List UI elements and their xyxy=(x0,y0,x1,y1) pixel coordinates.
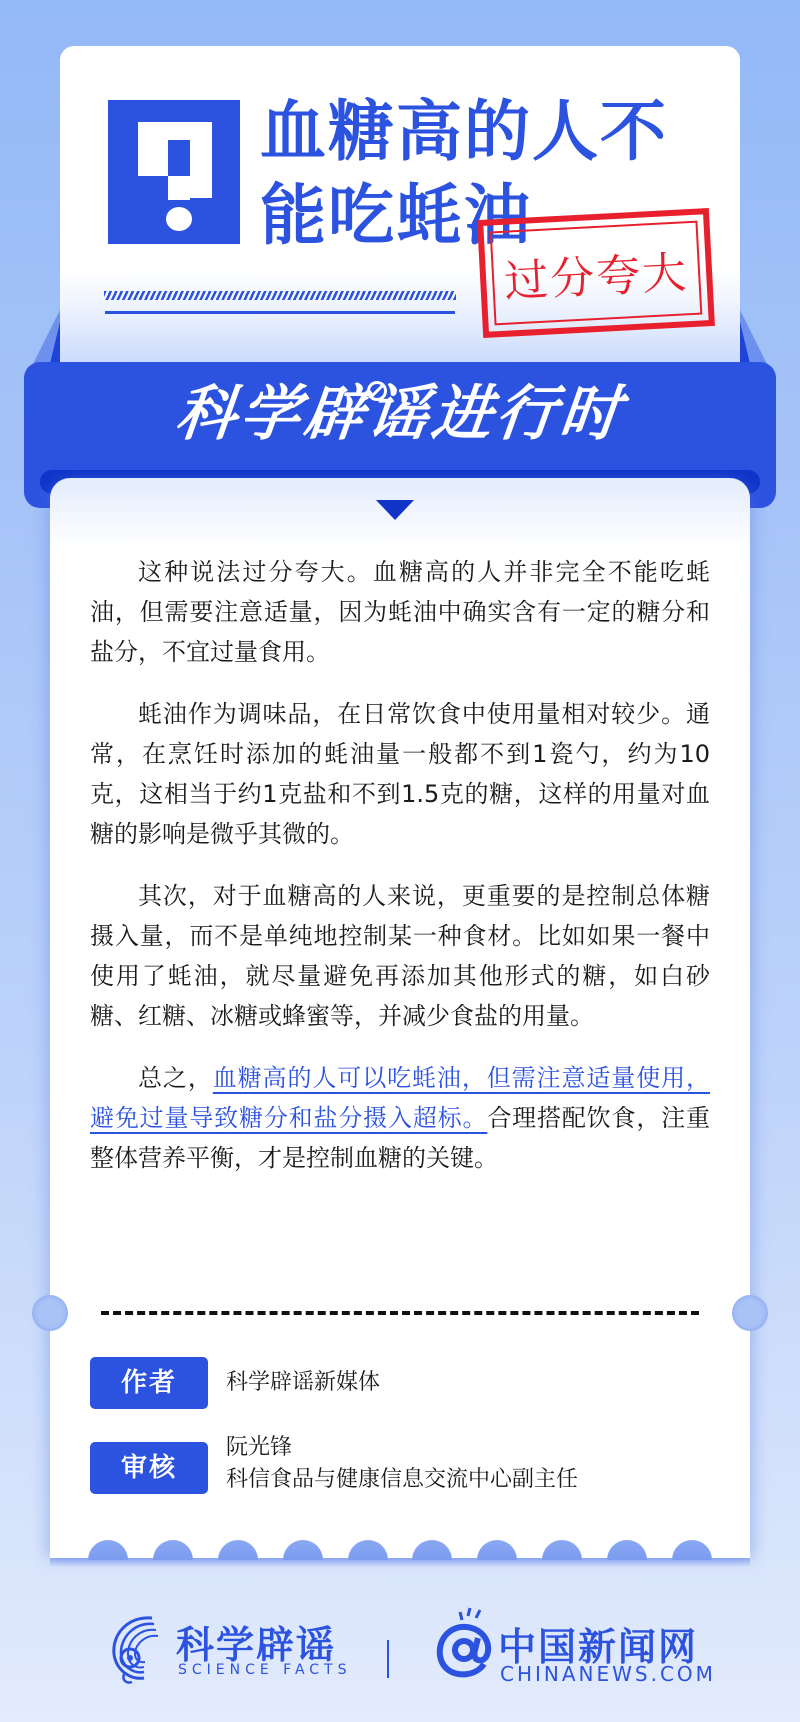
ban-icon xyxy=(366,380,388,402)
at-sign-icon xyxy=(434,1606,498,1690)
reviewer-info: 阮光锋 科信食品与健康信息交流中心副主任 xyxy=(226,1432,578,1496)
ticket-notch-right xyxy=(732,1295,768,1331)
reviewer-title: 科信食品与健康信息交流中心副主任 xyxy=(226,1464,578,1496)
headline-line-1: 血糖高的人不 xyxy=(260,90,730,174)
author-row: 作者 科学辟谣新媒体 xyxy=(90,1357,380,1409)
scallop xyxy=(218,1540,258,1560)
author-tag: 作者 xyxy=(90,1357,208,1409)
conclusion-prefix: 总之， xyxy=(138,1064,213,1092)
chinanews-logo: 中国新闻网 CHINANEWS.COM xyxy=(434,1606,498,1694)
scallop xyxy=(283,1540,323,1560)
paragraph-2: 蚝油作为调味品，在日常饮食中使用量相对较少。通常，在烹饪时添加的蚝油量一般都不到… xyxy=(90,694,710,854)
science-facts-cn: 科学辟谣 xyxy=(176,1614,336,1669)
solid-divider xyxy=(105,311,455,314)
question-mark-icon xyxy=(108,100,240,244)
science-facts-emblem-icon xyxy=(108,1612,172,1688)
author-value: 科学辟谣新媒体 xyxy=(226,1367,380,1399)
article-body: 这种说法过分夸大。血糖高的人并非完全不能吃蚝油，但需要注意适量，因为蚝油中确实含… xyxy=(90,552,710,1200)
reviewer-tag: 审核 xyxy=(90,1442,208,1494)
scallop xyxy=(88,1540,128,1560)
science-facts-logo: 科学辟谣 SCIENCE FACTS xyxy=(108,1612,172,1692)
scallop xyxy=(542,1540,582,1560)
headline-card: 血糖高的人不 能吃蚝油 过分夸大 xyxy=(60,46,740,366)
scallop xyxy=(153,1540,193,1560)
paragraph-4: 总之，血糖高的人可以吃蚝油，但需注意适量使用，避免过量导致糖分和盐分摄入超标。合… xyxy=(90,1058,710,1178)
ticket-notch-left xyxy=(32,1295,68,1331)
paragraph-3: 其次，对于血糖高的人来说，更重要的是控制总体糖摄入量，而不是单纯地控制某一种食材… xyxy=(90,876,710,1036)
scallop xyxy=(348,1540,388,1560)
chinanews-en: CHINANEWS.COM xyxy=(500,1662,716,1686)
scalloped-edge xyxy=(50,1540,750,1560)
footer: 科学辟谣 SCIENCE FACTS 中国新闻网 CHINANEWS.COM xyxy=(0,1600,800,1680)
hatched-divider xyxy=(104,291,456,300)
banner-title: 科学辟谣进行时 xyxy=(0,374,800,454)
footer-divider xyxy=(387,1640,389,1678)
dashed-divider xyxy=(101,1311,699,1315)
scallop xyxy=(672,1540,712,1560)
scallop xyxy=(477,1540,517,1560)
verdict-stamp: 过分夸大 xyxy=(477,208,715,338)
scallop xyxy=(412,1540,452,1560)
scallop xyxy=(607,1540,647,1560)
science-facts-en: SCIENCE FACTS xyxy=(178,1662,352,1678)
reviewer-name: 阮光锋 xyxy=(226,1432,578,1464)
paragraph-1: 这种说法过分夸大。血糖高的人并非完全不能吃蚝油，但需要注意适量，因为蚝油中确实含… xyxy=(90,552,710,672)
stamp-text: 过分夸大 xyxy=(502,236,689,310)
reviewer-row: 审核 阮光锋 科信食品与健康信息交流中心副主任 xyxy=(90,1442,578,1496)
down-arrow-icon xyxy=(376,500,414,520)
